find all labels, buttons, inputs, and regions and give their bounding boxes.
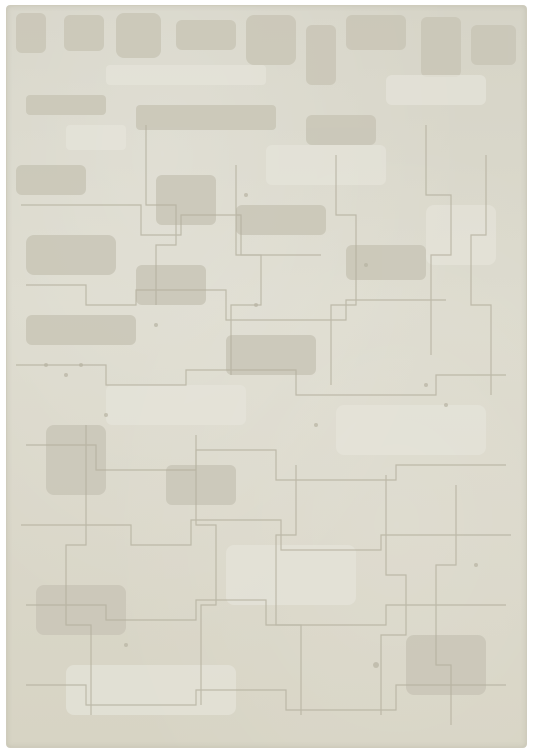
rug-image <box>6 5 527 748</box>
rug-pattern <box>6 5 527 748</box>
